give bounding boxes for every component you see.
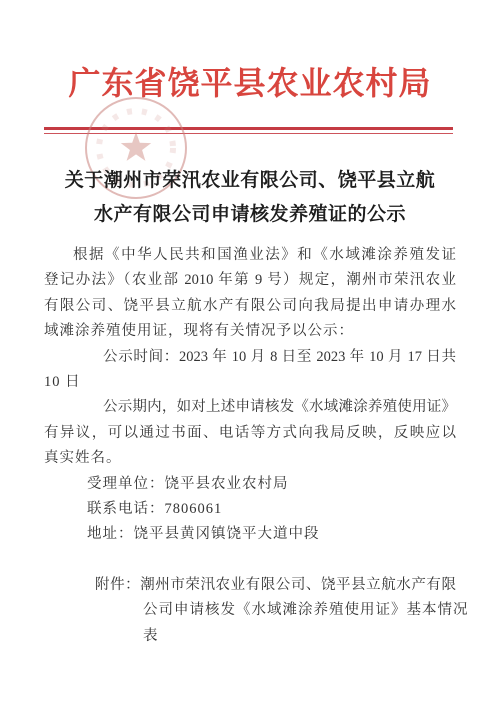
- body-line: 真实姓名。: [44, 446, 456, 471]
- body-line: 表: [44, 624, 456, 649]
- body-line: 受理单位：饶平县农业农村局: [44, 472, 456, 497]
- seal-star-icon: [121, 132, 151, 161]
- document-title: 关于潮州市荣汛农业有限公司、饶平县立航 水产有限公司申请核发养殖证的公示: [0, 164, 500, 232]
- document-body: 根据《中华人民共和国渔业法》和《水域滩涂养殖发证登记办法》（农业部 2010 年…: [44, 243, 456, 649]
- body-line: 公司申请核发《水域滩涂养殖使用证》基本情况: [44, 598, 456, 623]
- document-title-line1: 关于潮州市荣汛农业有限公司、饶平县立航: [0, 164, 500, 198]
- body-line: 有限公司、饶平县立航水产有限公司向我局提出申请办理水: [44, 294, 456, 319]
- body-line: 登记办法》（农业部 2010 年第 9 号）规定，潮州市荣汛农业: [44, 268, 456, 293]
- body-line: 域滩涂养殖使用证，现将有关情况予以公示：: [44, 319, 456, 344]
- agency-name: 广东省饶平县农业农村局: [0, 60, 500, 106]
- red-separator-thick: [44, 127, 453, 130]
- body-line: 根据《中华人民共和国渔业法》和《水域滩涂养殖发证: [44, 243, 456, 268]
- red-separator-thin: [44, 133, 453, 134]
- body-line: 公示期内，如对上述申请核发《水域滩涂养殖使用证》: [44, 395, 456, 420]
- body-line: 有异议，可以通过书面、电话等方式向我局反映，反映应以: [44, 421, 456, 446]
- body-line: 地址：饶平县黄冈镇饶平大道中段: [44, 522, 456, 547]
- body-line: 10 日: [44, 370, 456, 395]
- body-line: [44, 548, 456, 573]
- body-line: 附件：潮州市荣汛农业有限公司、饶平县立航水产有限: [44, 573, 456, 598]
- document-page: 广东省饶平县农业农村局 关于潮州市荣汛农业有限公司、饶平县立航 水产有限公司申请…: [0, 0, 500, 707]
- document-title-line2: 水产有限公司申请核发养殖证的公示: [0, 198, 500, 232]
- body-line: 公示时间：2023 年 10 月 8 日至 2023 年 10 月 17 日共: [44, 345, 456, 370]
- body-line: 联系电话：7806061: [44, 497, 456, 522]
